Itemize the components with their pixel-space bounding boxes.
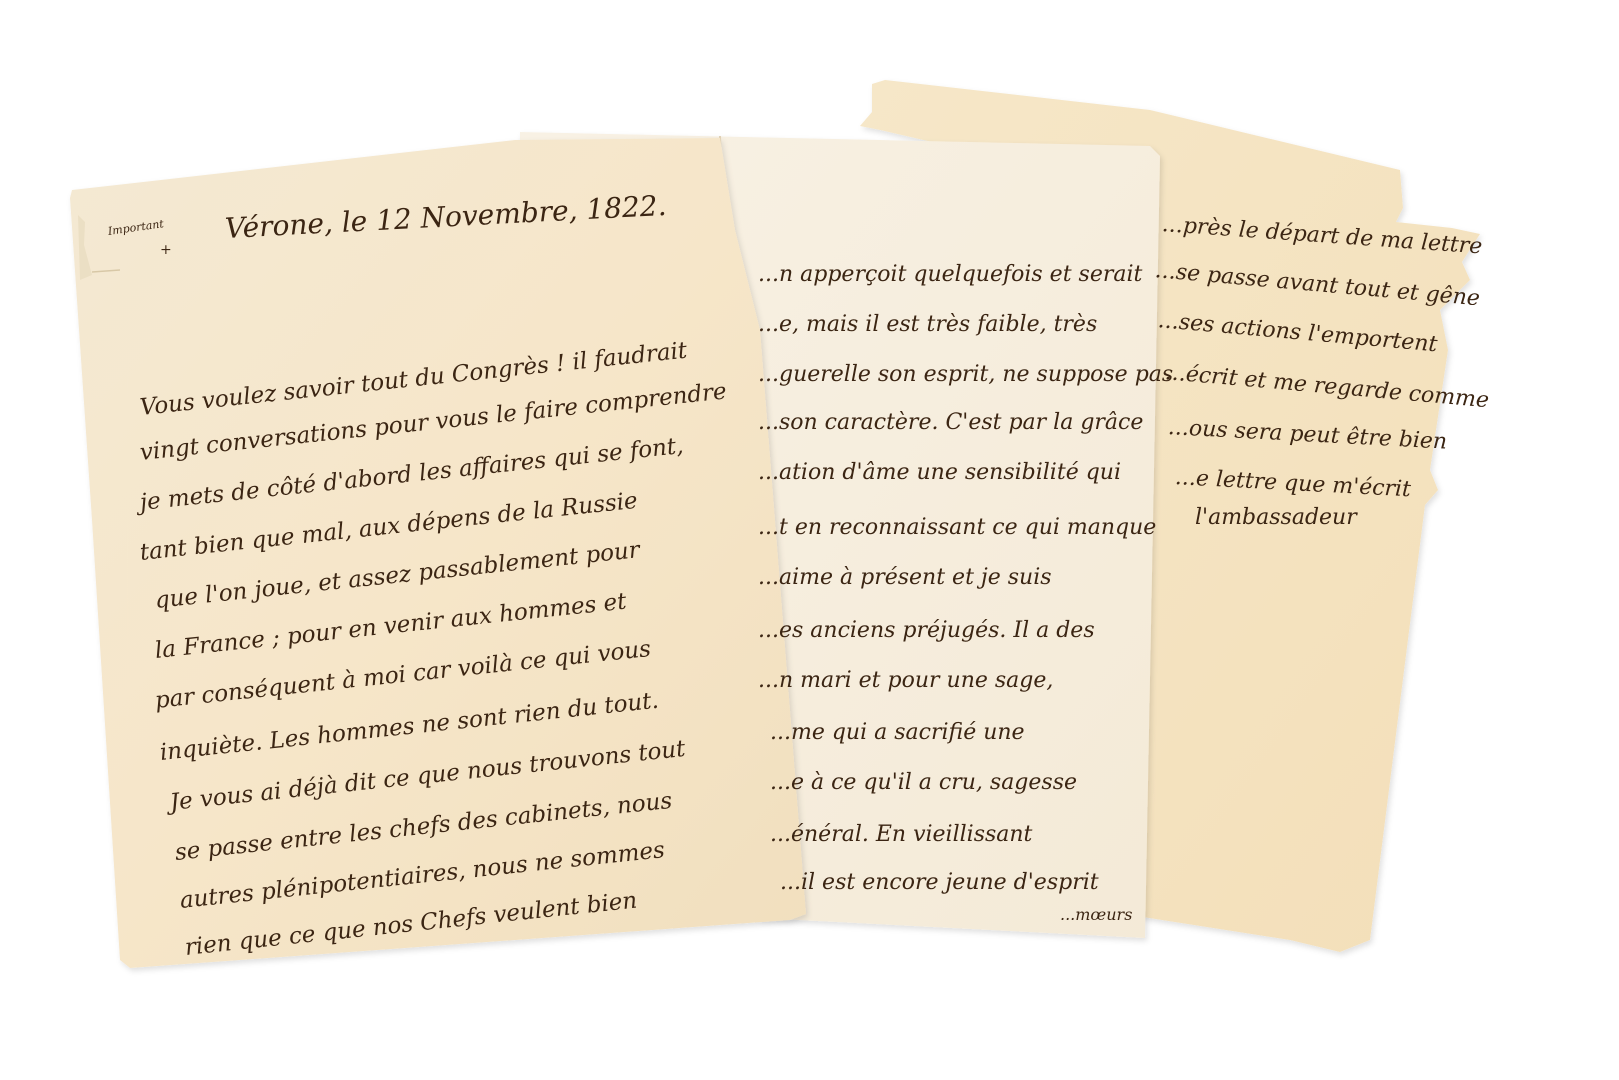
margin-mark: + [160, 242, 172, 258]
margin-note: Important [107, 217, 164, 238]
letter-heading: Vérone, le 12 Novembre, 1822. [224, 189, 667, 245]
letter-front: Important + Vérone, le 12 Novembre, 1822… [0, 0, 1619, 1080]
